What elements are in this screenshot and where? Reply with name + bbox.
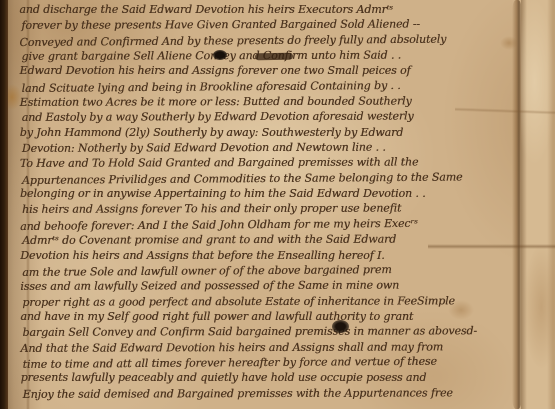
manuscript-line: Devotion his heirs and Assigns that befo… [20, 247, 517, 262]
manuscript-line: isses and am lawfully Seized and possess… [20, 277, 517, 294]
manuscript-line: Enjoy the said demised and Bargained pre… [21, 385, 518, 402]
adjacent-page-edge [521, 0, 555, 409]
ink-blot [213, 50, 227, 60]
manuscript-line: and Eastoly by a way Southerly by Edward… [20, 109, 517, 126]
manuscript-text: and discharge the Said Edward Devotion h… [19, 1, 517, 402]
manuscript-line: belonging or in anywise Appertaining to … [20, 186, 517, 201]
manuscript-line: bargain Sell Convey and Confirm Said bar… [20, 323, 517, 340]
manuscript-line: and discharge the Said Edward Devotion h… [19, 2, 516, 17]
manuscript-photo: and discharge the Said Edward Devotion h… [0, 0, 555, 409]
book-binding-edge [0, 0, 8, 409]
horizontal-crease [428, 244, 555, 249]
ink-smudge-strikeout [255, 53, 293, 61]
manuscript-line: proper right as a good perfect and absol… [20, 293, 517, 310]
manuscript-line: Devotion: Notherly by Said Edward Devoti… [20, 139, 517, 156]
manuscript-line: by John Hammond (2ly) Southerly by away:… [20, 125, 517, 140]
ink-blot [332, 320, 349, 333]
manuscript-line: and have in my Self good right full powe… [20, 309, 517, 324]
manuscript-page: and discharge the Said Edward Devotion h… [0, 0, 555, 409]
manuscript-line: presents lawfully peaceably and quietly … [21, 370, 518, 385]
manuscript-line: Edward Devotion his heirs and Assigns fo… [20, 63, 517, 78]
manuscript-line: Estimation two Acres be it more or less:… [20, 93, 517, 110]
